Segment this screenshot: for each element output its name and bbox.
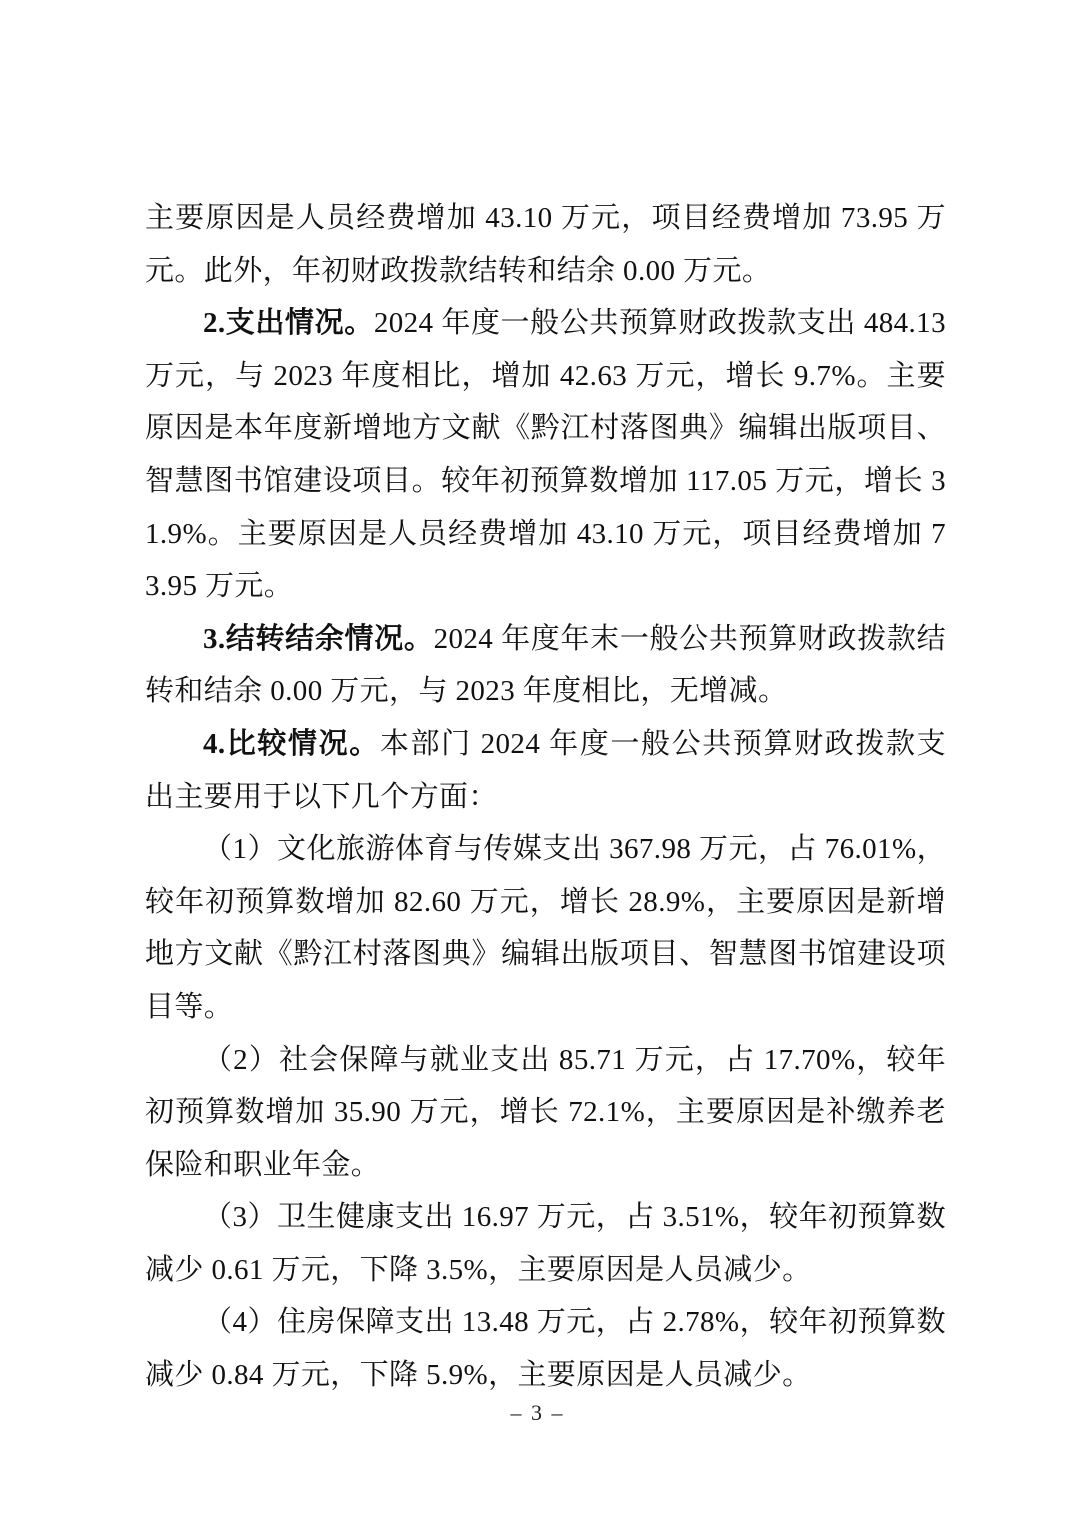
paragraph-text: （2）社会保障与就业支出 85.71 万元，占 17.70%，较年初预算数增加 … bbox=[145, 1044, 946, 1181]
paragraph-text: 主要原因是人员经费增加 43.10 万元，项目经费增加 73.95 万元。此外，… bbox=[145, 202, 946, 287]
paragraph-text: （3）卫生健康支出 16.97 万元，占 3.51%，较年初预算数减少 0.61… bbox=[145, 1201, 946, 1286]
document-body: 主要原因是人员经费增加 43.10 万元，项目经费增加 73.95 万元。此外，… bbox=[145, 192, 946, 1402]
paragraph-text: 2024 年度一般公共预算财政拨款支出 484.13 万元，与 2023 年度相… bbox=[145, 307, 946, 602]
paragraph-carryover: 3.结转结余情况。2024 年度年末一般公共预算财政拨款结转和结余 0.00 万… bbox=[145, 613, 946, 718]
paragraph-lead: 2.支出情况。 bbox=[203, 307, 374, 339]
paragraph-item-3-health: （3）卫生健康支出 16.97 万元，占 3.51%，较年初预算数减少 0.61… bbox=[145, 1191, 946, 1296]
paragraph-item-2-social-security: （2）社会保障与就业支出 85.71 万元，占 17.70%，较年初预算数增加 … bbox=[145, 1034, 946, 1192]
paragraph-expenditure: 2.支出情况。2024 年度一般公共预算财政拨款支出 484.13 万元，与 2… bbox=[145, 297, 946, 613]
paragraph-lead: 4.比较情况。 bbox=[203, 728, 380, 760]
document-page: 主要原因是人员经费增加 43.10 万元，项目经费增加 73.95 万元。此外，… bbox=[0, 0, 1075, 1520]
paragraph-text: （1）文化旅游体育与传媒支出 367.98 万元，占 76.01%，较年初预算数… bbox=[145, 833, 946, 1023]
paragraph-text: （4）住房保障支出 13.48 万元，占 2.78%，较年初预算数减少 0.84… bbox=[145, 1306, 946, 1391]
paragraph-lead: 3.结转结余情况。 bbox=[203, 623, 434, 655]
page-number: – 3 – bbox=[0, 1396, 1075, 1430]
paragraph-item-4-housing: （4）住房保障支出 13.48 万元，占 2.78%，较年初预算数减少 0.84… bbox=[145, 1296, 946, 1401]
paragraph-comparison: 4.比较情况。本部门 2024 年度一般公共预算财政拨款支出主要用于以下几个方面… bbox=[145, 718, 946, 823]
paragraph-item-1-culture-tourism: （1）文化旅游体育与传媒支出 367.98 万元，占 76.01%，较年初预算数… bbox=[145, 823, 946, 1033]
paragraph-continuation: 主要原因是人员经费增加 43.10 万元，项目经费增加 73.95 万元。此外，… bbox=[145, 192, 946, 297]
